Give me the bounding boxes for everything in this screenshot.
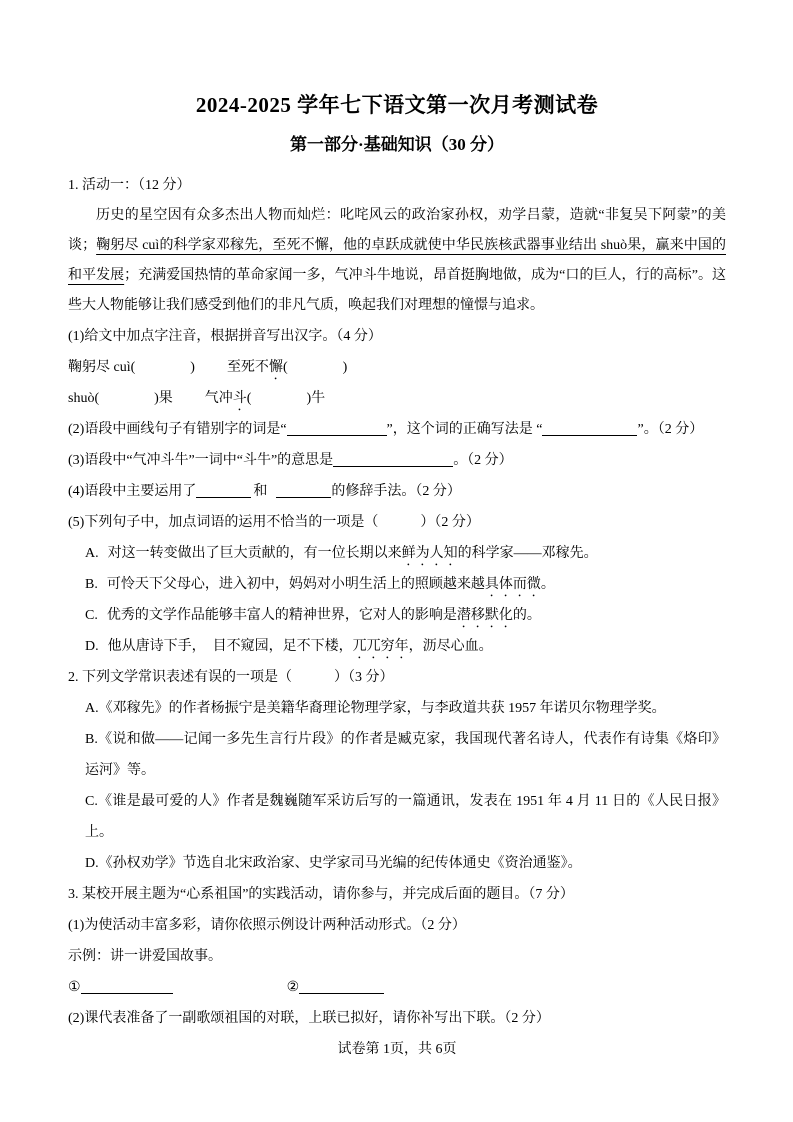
q1-sub2-text-1: (2)语段中画线句子有错别字的词是“ (68, 422, 287, 437)
passage-text-post: ；充满爱国热情的革命家闻一多，气冲斗牛地说，昂首挺胸地做，成为“口的巨人，行的高… (68, 268, 726, 313)
option-text-post: 的科学家——邓稼先。 (458, 546, 598, 561)
q2-option-c: C.《谁是最可爱的人》作者是魏巍随军采访后写的一篇通讯，发表在 1951 年 4… (68, 786, 726, 848)
section-header: 第一部分·基础知识（30 分） (68, 132, 726, 158)
q3-sub1-prompt: (1)为使活动丰富多彩，请你依照示例设计两种活动形式。（2 分） (68, 910, 726, 941)
pinyin-phrase-1-close: ) (190, 360, 195, 375)
q1-pinyin-row-1: 鞠躬尽 cuì()至死不懈() (68, 352, 726, 383)
pinyin-phrase-2-close: ) (343, 360, 348, 375)
blank-line (196, 482, 251, 498)
option-text-pre: 可怜天下父母心，进入初中，妈妈对小明生活上的照顾越来越 (107, 577, 485, 592)
question-3-heading: 3. 某校开展主题为“心系祖国”的实践活动，请你参与，并完成后面的题目。（7 分… (68, 879, 726, 910)
pinyin-phrase-2-open: ( (283, 360, 288, 375)
q1-pinyin-row-2: shuò()果气冲斗()牛 (68, 383, 726, 414)
option-text-post: 的。 (513, 608, 541, 623)
q3-example: 示例：讲一讲爱国故事。 (68, 941, 726, 972)
option-label: C. (85, 794, 98, 809)
q1-sub3-text-2: 。（2 分） (453, 453, 513, 468)
q2-option-d: D.《孙权劝学》节选自北宋政治家、史学家司马光编的纪传体通史《资治通鉴》。 (68, 848, 726, 879)
option-text-post: 。 (541, 577, 555, 592)
dotted-char: 斗 (233, 391, 247, 406)
item-2-marker: ② (287, 980, 300, 995)
option-label: A. (85, 546, 99, 561)
item-1-marker: ① (68, 980, 81, 995)
pinyin-phrase-1: 鞠躬尽 cuì( (68, 360, 135, 375)
q1-sub3-prompt: (3)语段中“气冲斗牛”一词中“斗牛”的意思是。（2 分） (68, 445, 726, 476)
question-2-heading: 2. 下列文学常识表述有误的一项是（ ）（3 分） (68, 662, 726, 693)
option-text-pre: 优秀的文学作品能够丰富人的精神世界，它对人的影响是 (107, 608, 457, 623)
q1-sub2-prompt: (2)语段中画线句子有错别字的词是“”，这个词的正确写法是 “”。（2 分） (68, 414, 726, 445)
blank-line (81, 978, 173, 994)
option-text: 《邓稼先》的作者杨振宁是美籍华裔理论物理学家，与李政道共获 1957 年诺贝尔物… (99, 701, 666, 716)
dotted-word: 潜移默化 (457, 608, 513, 623)
blank-line (333, 451, 453, 467)
q1-option-a: A.对这一转变做出了巨大贡献的，有一位长期以来鲜为人知的科学家——邓稼先。 (68, 538, 726, 569)
option-text: 《谁是最可爱的人》作者是魏巍随军采访后写的一篇通讯，发表在 1951 年 4 月… (85, 794, 726, 840)
option-text-post: ，沥尽心血。 (409, 639, 493, 654)
q1-sub4-text-2: 和 (253, 484, 267, 499)
option-label: A. (85, 701, 99, 716)
q1-sub4-prompt: (4)语段中主要运用了和的修辞手法。（2 分） (68, 476, 726, 507)
pinyin-phrase-3-close: )果 (154, 391, 173, 406)
question-1-passage: 历史的星空因有众多杰出人物而灿烂：叱咤风云的政治家孙权，劝学吕蒙，造就“非复吴下… (68, 201, 726, 321)
q1-sub2-text-3: ”。（2 分） (637, 422, 703, 437)
page-title: 2024-2025 学年七下语文第一次月考测试卷 (68, 92, 726, 118)
q1-option-c: C.优秀的文学作品能够丰富人的精神世界，它对人的影响是潜移默化的。 (68, 600, 726, 631)
q3-sub2-prompt: (2)课代表准备了一副歌颂祖国的对联，上联已拟好，请你补写出下联。（2 分） (68, 1003, 726, 1034)
q1-sub5-prompt: (5)下列句子中，加点词语的运用不恰当的一项是（ ）（2 分） (68, 507, 726, 538)
exam-page: 2024-2025 学年七下语文第一次月考测试卷 第一部分·基础知识（30 分）… (0, 0, 793, 1065)
option-label: B. (85, 577, 98, 592)
option-text: 《孙权劝学》节选自北宋政治家、史学家司马光编的纪传体通史《资治通鉴》。 (99, 856, 582, 871)
pinyin-phrase-2: 至死不 (227, 360, 269, 375)
q1-sub3-text-1: (3)语段中“气冲斗牛”一词中“斗牛”的意思是 (68, 453, 333, 468)
q1-sub1-prompt: (1)给文中加点字注音，根据拼音写出汉字。（4 分） (68, 321, 726, 352)
option-text-pre: 他从唐诗下手， 目不窥园，足不下楼， (108, 639, 353, 654)
pinyin-phrase-4-open: ( (247, 391, 252, 406)
q1-sub4-text-1: (4)语段中主要运用了 (68, 484, 196, 499)
pinyin-phrase-4: 气冲 (205, 391, 233, 406)
q1-option-d: D.他从唐诗下手， 目不窥园，足不下楼，兀兀穷年，沥尽心血。 (68, 631, 726, 662)
question-1-heading: 1. 活动一：（12 分） (68, 170, 726, 201)
pinyin-phrase-4-close: )牛 (306, 391, 325, 406)
q3-answer-items: ①② (68, 972, 726, 1003)
blank-line (276, 482, 331, 498)
blank-line (542, 420, 637, 436)
page-footer: 试卷第 1页，共 6页 (68, 1034, 726, 1065)
option-text-pre: 对这一转变做出了巨大贡献的，有一位长期以来 (108, 546, 402, 561)
blank-line (287, 420, 387, 436)
option-label: B. (85, 732, 98, 747)
q2-option-b: B.《说和做——记闻一多先生言行片段》的作者是臧克家，我国现代著名诗人，代表作有… (68, 724, 726, 786)
q1-sub4-text-3: 的修辞手法。（2 分） (331, 484, 461, 499)
q1-sub2-text-2: ”，这个词的正确写法是 “ (387, 422, 543, 437)
dotted-word: 兀兀穷年 (353, 639, 409, 654)
dotted-word: 具体而微 (485, 577, 541, 592)
option-text: 《说和做——记闻一多先生言行片段》的作者是臧克家，我国现代著名诗人，代表作有诗集… (85, 732, 726, 778)
blank-line (299, 978, 384, 994)
dotted-char: 懈 (269, 360, 283, 375)
q1-option-b: B.可怜天下父母心，进入初中，妈妈对小明生活上的照顾越来越具体而微。 (68, 569, 726, 600)
option-label: D. (85, 639, 99, 654)
pinyin-phrase-3: shuò( (68, 391, 99, 406)
option-label: D. (85, 856, 99, 871)
dotted-word: 鲜为人知 (402, 546, 458, 561)
option-label: C. (85, 608, 98, 623)
q2-option-a: A.《邓稼先》的作者杨振宁是美籍华裔理论物理学家，与李政道共获 1957 年诺贝… (68, 693, 726, 724)
